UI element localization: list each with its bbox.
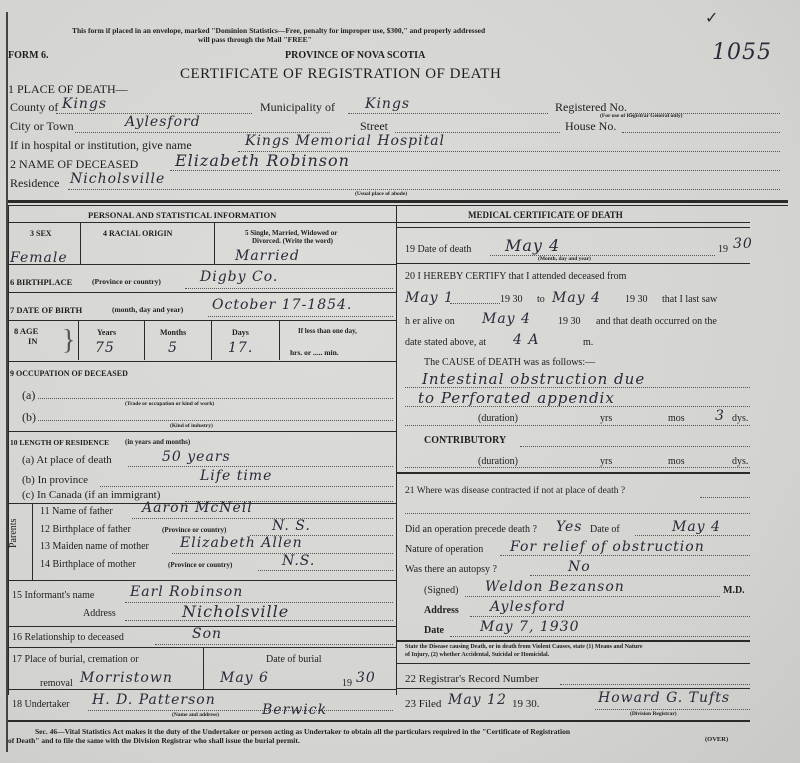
mos-label-2: mos — [668, 456, 685, 467]
signed-value: Weldon Bezanson — [485, 579, 625, 595]
at-place-label: (a) At place of death — [22, 454, 112, 466]
operation-date-label: Date of — [590, 524, 620, 535]
birthplace-sub: (Province or country) — [92, 277, 161, 286]
mother-birthplace-label: 14 Birthplace of mother — [40, 559, 136, 570]
days-value: 17. — [228, 340, 253, 356]
racial-origin-label: 4 RACIAL ORIGIN — [103, 229, 172, 238]
residence-value: Nicholsville — [70, 171, 165, 187]
mos-label-1: mos — [668, 413, 685, 424]
residence-length-label: 10 LENGTH OF RESIDENCE — [10, 438, 109, 447]
age-brace: } — [62, 325, 75, 357]
age-label-1: 8 AGE — [14, 326, 38, 336]
relationship-label: 16 Relationship to deceased — [12, 632, 124, 643]
filed-label: 23 Filed — [405, 698, 441, 710]
cause-line-2: to Perforated appendix — [418, 389, 615, 407]
record-number-label: 22 Registrar's Record Number — [405, 673, 539, 685]
in-province-value: Life time — [200, 468, 272, 484]
death-date-label: 19 Date of death — [405, 244, 471, 255]
certify-line: 20 I HEREBY CERTIFY that I attended dece… — [405, 271, 626, 282]
cause-label: The CAUSE of DEATH was as follows:— — [424, 357, 595, 368]
dob-sub: (month, day and year) — [112, 305, 183, 314]
yrs-label-1: yrs — [600, 413, 612, 424]
time-suffix: m. — [583, 337, 593, 348]
marital-label-1: 5 Single, Married, Widowed or — [245, 229, 337, 237]
dob-value: October 17-1854. — [212, 297, 352, 313]
duration-label-2: (duration) — [478, 456, 518, 467]
form-number: FORM 6. — [8, 50, 49, 61]
informant-address-value: Nicholsville — [182, 602, 289, 621]
cause-line-1: Intestinal obstruction due — [422, 370, 645, 388]
burial-year-value: 30 — [356, 670, 376, 686]
hospital-value: Kings Memorial Hospital — [245, 133, 445, 149]
nature-label: Nature of operation — [405, 544, 483, 555]
hrs-min-label: hrs. or ..... min. — [290, 348, 339, 357]
attended-from-value: May 1 — [405, 290, 454, 306]
to-label: to — [537, 294, 545, 305]
undertaker-value: H. D. Patterson — [92, 692, 216, 708]
mother-name-value: Elizabeth Allen — [180, 535, 303, 551]
father-birthplace-value: N. S. — [272, 518, 311, 534]
autopsy-label: Was there an autopsy ? — [405, 564, 497, 575]
birthplace-label: 6 BIRTHPLACE — [10, 277, 72, 287]
attended-to-year: 19 30 — [625, 294, 648, 305]
occurred-text: and that death occurred on the — [596, 316, 717, 327]
handwritten-number: 1055 — [712, 40, 772, 65]
attended-from-year: 19 30 — [500, 294, 523, 305]
md-label: M.D. — [723, 585, 745, 596]
birthplace-value: Digby Co. — [200, 269, 278, 285]
state-note-2: of Injury, (2) whether Accidental, Suici… — [405, 652, 549, 658]
informant-address-label: Address — [83, 608, 116, 619]
at-place-value: 50 years — [162, 449, 231, 465]
burial-date-value: May 6 — [220, 670, 269, 686]
dob-label: 7 DATE OF BIRTH — [10, 305, 82, 315]
hospital-label: If in hospital or institution, give name — [10, 138, 192, 153]
place-of-death-label: 1 PLACE OF DEATH— — [8, 82, 128, 97]
occupation-a: (a) — [22, 388, 35, 403]
deceased-name-value: Elizabeth Robinson — [175, 151, 350, 170]
burial-label-2: removal — [40, 678, 73, 689]
months-value: 5 — [168, 340, 178, 356]
filed-value: May 12 — [448, 692, 507, 708]
signed-label: (Signed) — [424, 585, 458, 596]
page-title: CERTIFICATE OF REGISTRATION OF DEATH — [180, 66, 501, 83]
operation-date-value: May 4 — [672, 519, 721, 535]
death-date-value: May 4 — [505, 236, 560, 255]
name-label: 2 NAME OF DECEASED — [10, 157, 138, 172]
burial-place-value: Morristown — [80, 670, 173, 686]
physician-address-value: Aylesford — [490, 599, 566, 615]
months-label: Months — [160, 328, 186, 337]
father-name-value: Aaron McNeil — [142, 500, 253, 516]
days-label: Days — [232, 328, 249, 337]
father-birthplace-sub: (Province or country) — [162, 526, 226, 534]
father-birthplace-label: 12 Birthplace of father — [40, 524, 131, 535]
mother-name-label: 13 Maiden name of mother — [40, 541, 149, 552]
operation-value: Yes — [556, 519, 583, 535]
state-note-1: State the Disease causing Death, or in d… — [405, 644, 643, 650]
footer-line1: Sec. 46—Vital Statistics Act makes it th… — [35, 727, 570, 736]
signed-date-value: May 7, 1930 — [480, 619, 579, 635]
county-label: County of — [10, 100, 58, 115]
informant-label: 15 Informant's name — [12, 590, 94, 601]
burial-date-label: Date of burial — [266, 654, 322, 665]
county-value: Kings — [62, 96, 107, 112]
municipality-value: Kings — [365, 96, 410, 112]
check-mark-icon: ✓ — [705, 8, 719, 27]
in-canada-label: (c) In Canada (if an immigrant) — [22, 489, 160, 501]
yrs-label-2: yrs — [600, 456, 612, 467]
house-no-label: House No. — [565, 119, 616, 134]
marital-label-2: Divorced. (Write the word) — [252, 237, 333, 245]
time-label: date stated above, at — [405, 337, 486, 348]
dys-label-2: dys. — [732, 456, 748, 467]
signed-date-label: Date — [424, 625, 444, 636]
medical-section-title: MEDICAL CERTIFICATE OF DEATH — [468, 210, 623, 220]
mother-birthplace-value: N.S. — [282, 553, 315, 569]
municipality-label: Municipality of — [260, 100, 335, 115]
duration-label-1: (duration) — [478, 413, 518, 424]
footer-over: (OVER) — [705, 736, 728, 743]
nature-value: For relief of obstruction — [510, 539, 705, 555]
less-than-day-label: If less than one day, — [298, 327, 357, 335]
undertaker-note: (Name and address) — [172, 712, 219, 718]
operation-label: Did an operation precede death ? — [405, 524, 537, 535]
dys-label-1: dys. — [732, 413, 748, 424]
duration-days-value: 3 — [715, 408, 725, 424]
father-name-label: 11 Name of father — [40, 506, 113, 517]
death-year-value: 30 — [733, 236, 753, 252]
city-label: City or Town — [10, 119, 74, 134]
parents-label: Parents — [8, 519, 19, 548]
mail-notice-line1: This form if placed in an envelope, mark… — [72, 26, 485, 35]
marital-value: Married — [235, 248, 300, 264]
time-value: 4 A — [513, 332, 539, 348]
mail-notice-line2: will pass through the Mail "FREE" — [198, 35, 312, 44]
relationship-value: Son — [192, 626, 222, 642]
burial-year-prefix: 19 — [342, 678, 352, 689]
city-value: Aylesford — [125, 114, 201, 130]
physician-address-label: Address — [424, 605, 459, 616]
occupation-b: (b) — [22, 410, 36, 425]
footer-line2: of Death" and to file the same with the … — [8, 736, 300, 745]
occupation-label: 9 OCCUPATION OF DECEASED — [10, 369, 128, 378]
alive-on-value: May 4 — [482, 311, 531, 327]
sex-label: 3 SEX — [30, 229, 52, 238]
undertaker-address-value: Berwick — [262, 702, 327, 718]
residence-length-sub: (in years and months) — [125, 438, 190, 446]
filed-year: 19 30. — [512, 698, 540, 710]
death-date-note: (Month, day and year) — [538, 256, 591, 262]
residence-note: (Usual place of abode) — [355, 191, 407, 197]
informant-value: Earl Robinson — [130, 584, 243, 600]
death-year-prefix: 19 — [718, 244, 728, 255]
in-province-label: (b) In province — [22, 474, 88, 486]
province-title: PROVINCE OF NOVA SCOTIA — [285, 50, 425, 61]
residence-label: Residence — [10, 176, 59, 191]
burial-label-1: 17 Place of burial, cremation or — [12, 654, 139, 665]
registrar-value: Howard G. Tufts — [598, 690, 730, 706]
occupation-b-note: (Kind of industry) — [170, 423, 213, 429]
years-label: Years — [97, 328, 116, 337]
registrar-note: (Division Registrar) — [630, 711, 677, 717]
mother-birthplace-sub: (Province or country) — [168, 561, 232, 569]
death-certificate: This form if placed in an envelope, mark… — [0, 0, 800, 763]
contracted-label: 21 Where was disease contracted if not a… — [405, 486, 625, 496]
years-value: 75 — [95, 340, 115, 356]
age-label-2: IN — [28, 336, 37, 346]
occupation-a-note: (Trade or occupation or kind of work) — [125, 401, 214, 407]
contributory-label: CONTRIBUTORY — [424, 435, 506, 446]
undertaker-label: 18 Undertaker — [12, 699, 69, 710]
personal-section-title: PERSONAL AND STATISTICAL INFORMATION — [88, 210, 276, 220]
autopsy-value: No — [568, 559, 591, 575]
last-saw-label: that I last saw — [662, 294, 717, 305]
street-label: Street — [360, 119, 388, 134]
her-alive-label: h er alive on — [405, 316, 455, 327]
alive-year: 19 30 — [558, 316, 581, 327]
attended-to-value: May 4 — [552, 290, 601, 306]
